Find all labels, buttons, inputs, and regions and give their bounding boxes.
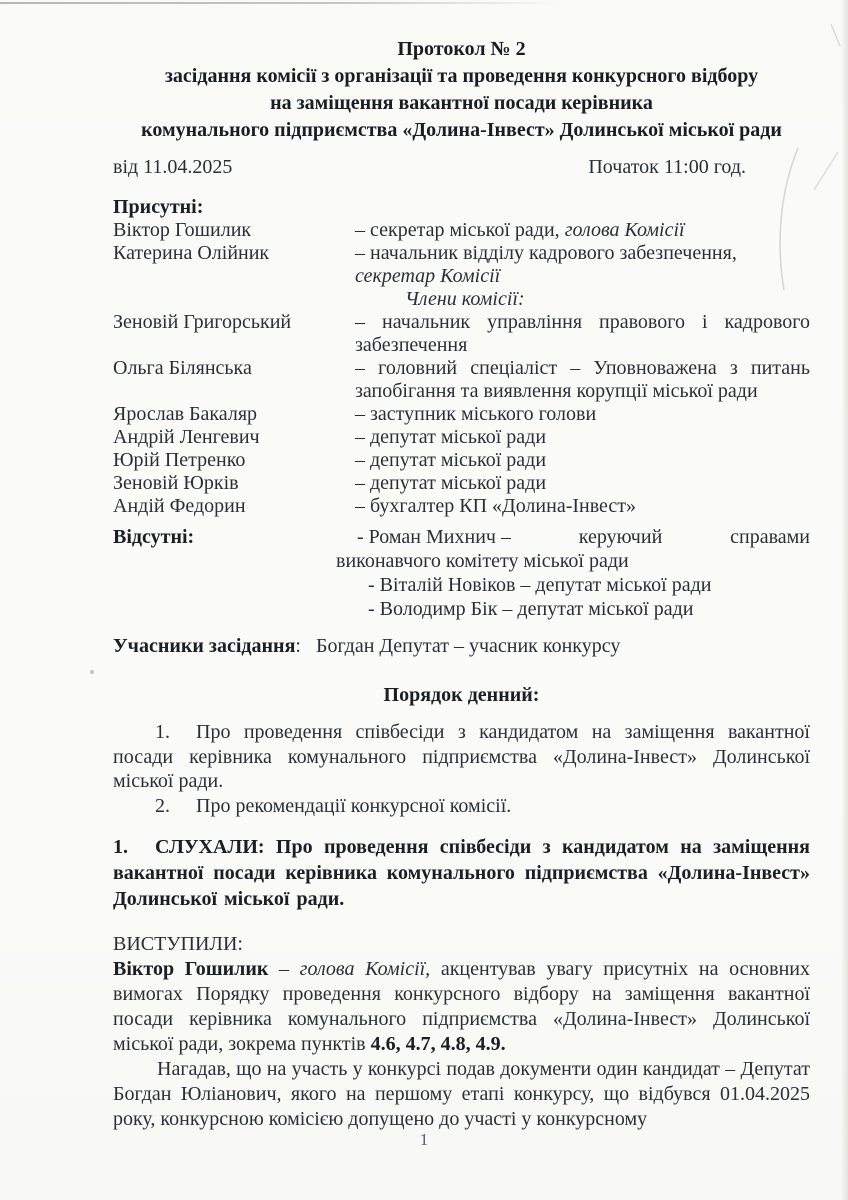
role-text: – начальник відділу кадрового забезпечен…	[355, 242, 810, 265]
spacer-cell	[355, 196, 810, 219]
protocol-date: від 11.04.2025	[113, 155, 232, 179]
present-section: Присутні: Віктор Гошилик – секретар місь…	[113, 196, 810, 518]
present-name-6: Андрій Ленгевич	[113, 426, 355, 449]
absent-role-word-1: керуючий	[579, 525, 662, 549]
agenda-heading: Порядок денний:	[113, 683, 810, 707]
present-name-5: Ярослав Бакаляр	[113, 403, 355, 426]
present-role-7: – депутат міської ради	[355, 449, 810, 472]
absent-heading: Відсутні:	[113, 525, 355, 621]
speech-points: 4.6, 4.7, 4.8, 4.9.	[371, 1033, 506, 1055]
present-role-9: – бухгалтер КП «Долина-Інвест»	[355, 495, 810, 518]
role-italic: секретар Комісії	[355, 265, 810, 288]
present-heading: Присутні:	[113, 196, 355, 219]
present-role-3: – начальник управління правового і кадро…	[355, 311, 810, 357]
present-name-2: Катерина Олійник	[113, 242, 355, 288]
participants-label: Учасники засідання	[113, 635, 295, 657]
present-name-1: Віктор Гошилик	[113, 219, 355, 242]
speech-paragraph-2: Нагадав, що на участь у конкурсі подав д…	[113, 1057, 810, 1132]
agenda-item-number: 1.	[155, 721, 170, 743]
document-content: Протокол № 2 засідання комісії з організ…	[113, 36, 810, 1132]
present-role-2: – начальник відділу кадрового забезпечен…	[355, 242, 810, 288]
present-name-9: Андій Федорин	[113, 495, 355, 518]
scanned-protocol-page: Протокол № 2 засідання комісії з організ…	[0, 0, 848, 1200]
absent-item-1-line1: - Роман Михнич – керуючий справами	[355, 525, 810, 549]
page-number: 1	[0, 1130, 848, 1150]
absent-item-3: - Володимр Бік – депутат міської ради	[355, 597, 810, 621]
present-role-1: – секретар міської ради, голова Комісії	[355, 219, 810, 242]
role-italic: голова Комісії	[565, 219, 685, 241]
start-time: Початок 11:00 год.	[588, 155, 746, 179]
participants-row: Учасники засідання:Богдан Депутат – учас…	[113, 635, 810, 658]
spacer-cell	[113, 288, 355, 311]
present-name-3: Зеновій Григорський	[113, 311, 355, 357]
section-1-heading: 1.СЛУХАЛИ: Про проведення співбесіди з к…	[113, 834, 810, 912]
agenda-item-2: 2.Про рекомендації конкурсної комісії.	[113, 794, 810, 819]
absent-list: - Роман Михнич – керуючий справами викон…	[355, 525, 810, 621]
agenda-item-1: 1.Про проведення співбесіди з кандидатом…	[113, 720, 810, 794]
absent-item-2: - Віталій Новіков – депутат міської ради	[355, 573, 810, 597]
section-number: 1.	[113, 836, 128, 858]
spoke-label: ВИСТУПИЛИ:	[113, 932, 810, 957]
present-role-8: – депутат міської ради	[355, 472, 810, 495]
present-name-7: Юрій Петренко	[113, 449, 355, 472]
absent-section: Відсутні: - Роман Михнич – керуючий спра…	[113, 525, 810, 621]
members-label: Члени комісії:	[405, 288, 525, 310]
scan-artifact-speck	[90, 670, 94, 674]
absent-name: - Роман Михнич –	[357, 525, 511, 549]
protocol-title: Протокол № 2 засідання комісії з організ…	[113, 36, 810, 144]
protocol-title-line1: Протокол № 2	[113, 36, 810, 63]
members-label-row: Члени комісії:	[355, 288, 810, 311]
speaker-name: Віктор Гошилик	[113, 958, 268, 980]
section-label: СЛУХАЛИ:	[155, 836, 265, 858]
absent-role-word-2: справами	[730, 525, 810, 549]
agenda-item-number: 2.	[155, 795, 170, 817]
present-name-8: Зеновій Юрків	[113, 472, 355, 495]
agenda-items: 1.Про проведення співбесіди з кандидатом…	[113, 720, 810, 818]
speaker-role: – голова Комісії,	[279, 958, 430, 980]
protocol-title-line3: на заміщення вакантної посади керівника	[113, 90, 810, 117]
agenda-item-text: Про рекомендації конкурсної комісії.	[196, 795, 511, 817]
agenda-item-text: Про проведення співбесіди з кандидатом н…	[113, 721, 810, 792]
participants-value: Богдан Депутат – учасник конкурсу	[316, 635, 620, 657]
role-text: – секретар міської ради,	[355, 219, 560, 241]
present-name-4: Ольга Білянська	[113, 357, 355, 403]
participants-colon: :	[295, 635, 301, 657]
present-role-6: – депутат міської ради	[355, 426, 810, 449]
speech-paragraph: Віктор Гошилик – голова Комісії, акценту…	[113, 957, 810, 1057]
absent-item-1-line2: виконавчого комітету міської ради	[336, 549, 810, 573]
present-role-4: – головний спеціаліст – Уповноважена з п…	[355, 357, 810, 403]
protocol-title-line4: комунального підприємства «Долина-Інвест…	[113, 117, 810, 144]
meta-row: від 11.04.2025 Початок 11:00 год.	[113, 155, 810, 179]
present-role-5: – заступник міського голови	[355, 403, 810, 426]
protocol-title-line2: засідання комісії з організації та прове…	[113, 63, 810, 90]
